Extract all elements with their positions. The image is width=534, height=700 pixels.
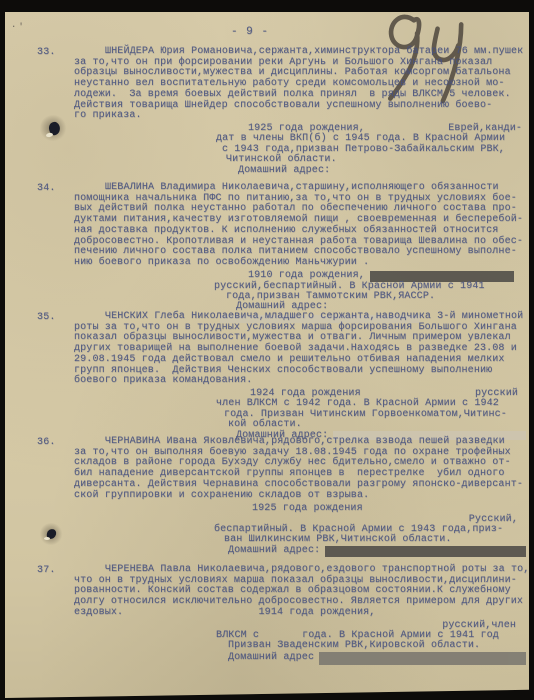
bio-line: кой области.: [228, 420, 302, 430]
document-page: ·' - 9 - 33. ШНЕЙДЕРА Юрия Романовича,се…: [5, 12, 529, 698]
entry-citation: ШНЕЙДЕРА Юрия Романовича,сержанта,химинс…: [74, 47, 526, 122]
entry-citation: ШЕВАЛИНА Владимира Николаевича,старшину,…: [74, 183, 526, 269]
entry-text-line: го приказа.: [74, 111, 526, 122]
entry-number: 33.: [37, 47, 56, 58]
entry-bio: русский,член ВЛКСМ с года. В Красной Арм…: [30, 621, 526, 665]
entry-number: 34.: [37, 183, 56, 194]
entry-citation: ЧЕРЕНЕВА Павла Николаевича,рядового,ездо…: [74, 565, 526, 619]
entry-text-line: ездовых. 1914 года рождения,: [74, 608, 526, 619]
birth-year: 1925 года рождения: [252, 504, 363, 514]
redacted-info-bar: [370, 271, 514, 282]
entry-bio: 1924 года рождения русский член ВЛКСМ с …: [30, 389, 526, 441]
entry-text-line: ная доставка продуктов. К исполнению слу…: [74, 226, 526, 237]
address-label: Домашний адрес:: [228, 546, 320, 556]
entry-text-line: лодежи. За время боевых действий полка п…: [74, 90, 526, 101]
entry-citation: ЧЕНСКИХ Глеба Николаевича,младшего сержа…: [74, 312, 526, 387]
scan-background: { "document": { "page_number": "- 9 -", …: [0, 0, 534, 700]
address-label: Домашний адрес:: [238, 166, 330, 176]
bio-line: Призван Зваденским РВК,Кировской области…: [228, 641, 480, 651]
redacted-address-bar: [325, 546, 526, 557]
page-number: - 9 -: [210, 26, 290, 38]
entry-bio: 1925 года рождения Русский, беспартийный…: [30, 504, 526, 557]
margin-specks: ·': [11, 22, 26, 32]
bio-line: Читинской области.: [226, 155, 337, 165]
award-entry-35: 35. ЧЕНСКИХ Глеба Николаевича,младшего с…: [30, 312, 526, 441]
entry-bio: 1925 года рождения, Еврей,канди- дат в ч…: [30, 124, 526, 176]
entry-text-line: 29.08.1945 года действовал смело и решит…: [74, 355, 526, 366]
entry-number: 36.: [37, 437, 56, 448]
award-entry-36: 36. ЧЕРНАВИНА Ивана Яковлевича,рядового,…: [30, 437, 526, 557]
award-entry-33: 33. ШНЕЙДЕРА Юрия Романовича,сержанта,хи…: [30, 47, 526, 176]
entry-number: 35.: [37, 312, 56, 323]
entry-citation: ЧЕРНАВИНА Ивана Яковлевича,рядового,стре…: [74, 437, 526, 501]
award-entry-37: 37. ЧЕРЕНЕВА Павла Николаевича,рядового,…: [30, 565, 526, 665]
entry-text-line: ской группировки и сохранению складов от…: [74, 491, 526, 502]
entry-text-line: нию боевого приказа по освобождению Мань…: [74, 258, 526, 269]
award-entry-34: 34. ШЕВАЛИНА Владимира Николаевича,старш…: [30, 183, 526, 323]
entry-text-line: Действия товарища Шнейдер способствовали…: [74, 101, 526, 112]
address-label: Домашний адрес: [228, 653, 314, 663]
entry-number: 37.: [37, 565, 56, 576]
redacted-address-bar: [319, 652, 526, 665]
birth-year: 1910 года рождения,: [248, 271, 365, 281]
entry-text-line: боевого приказа командования.: [74, 376, 526, 387]
entry-text-line: диверсанта. Действия Чернавина способств…: [74, 480, 526, 491]
